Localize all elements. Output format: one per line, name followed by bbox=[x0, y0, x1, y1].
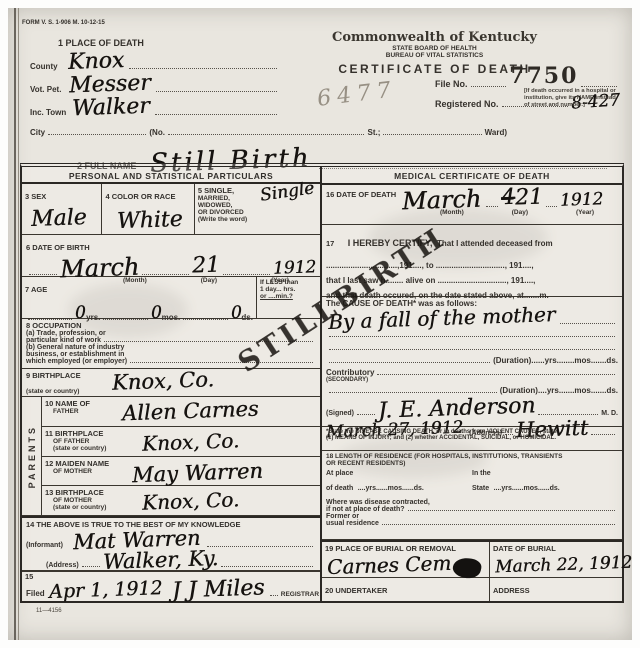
right-column-header: MEDICAL CERTIFICATE OF DEATH bbox=[322, 167, 622, 185]
dod-month: March bbox=[402, 186, 482, 213]
item-17-number: 17 bbox=[326, 239, 334, 248]
dotted-line bbox=[29, 273, 57, 275]
sex-cell: 3 SEX Male bbox=[22, 184, 102, 234]
filed-label: Filed bbox=[26, 589, 45, 598]
contributory-label: Contributory bbox=[326, 368, 374, 377]
burial-date-value: March 22, 1912 bbox=[495, 554, 633, 576]
commonwealth-title: Commonwealth of Kentucky bbox=[317, 30, 552, 45]
undertaker-address-label: ADDRESS bbox=[493, 586, 530, 595]
parents-label: PARENTS bbox=[27, 425, 37, 488]
race-cell: 4 COLOR OR RACE White bbox=[102, 184, 194, 234]
dotted-line bbox=[408, 509, 615, 511]
certificate-paper: FORM V. S. 1-906 M. 10-12-15 Commonwealt… bbox=[8, 8, 632, 640]
contracted-residence-section: Where was disease contracted, if not at … bbox=[322, 497, 622, 540]
certificate-grid: PERSONAL AND STATISTICAL PARTICULARS 3 S… bbox=[20, 163, 624, 603]
residence-section: 18 LENGTH OF RESIDENCE (FOR HOSPITALS, I… bbox=[322, 451, 622, 497]
state-board-line: STATE BOARD OF HEALTH bbox=[317, 45, 552, 52]
registrar-signature: J J Miles bbox=[172, 578, 265, 603]
undertaker-label: 20 UNDERTAKER bbox=[325, 586, 387, 595]
medical-certificate-column: MEDICAL CERTIFICATE OF DEATH 16 DATE OF … bbox=[322, 167, 622, 601]
undertaker-address-cell: ADDRESS bbox=[490, 578, 622, 601]
burial-row: 19 PLACE OF BURIAL OR REMOVAL Carnes Cem… bbox=[322, 540, 622, 578]
cause-of-death-section: The CAUSE OF DEATH* was as follows: By a… bbox=[322, 297, 622, 427]
left-column-header: PERSONAL AND STATISTICAL PARTICULARS bbox=[22, 167, 320, 184]
dotted-line bbox=[377, 373, 615, 375]
in-state-units: ....yrs......mos......ds. bbox=[494, 485, 560, 492]
dotted-line bbox=[329, 361, 490, 363]
filed-date-value: Apr 1, 1912 bbox=[48, 579, 162, 602]
header: FORM V. S. 1-906 M. 10-12-15 Commonwealt… bbox=[22, 20, 622, 170]
pencil-number: 6477 bbox=[316, 77, 398, 112]
dotted-line bbox=[329, 391, 497, 393]
sex-race-marital-row: 3 SEX Male 4 COLOR OR RACE White 5 SINGL… bbox=[22, 184, 320, 235]
vot-pet-label: Vot. Pet. bbox=[30, 85, 61, 94]
marital-label-3: WIDOWED, bbox=[198, 202, 317, 209]
age-cell: 7 AGE 0 yrs. 0 mos. 0 ds. bbox=[22, 277, 256, 318]
in-state-cell: In the State ....yrs......mos......ds. bbox=[472, 470, 618, 495]
father-bp-value: Knox, Co. bbox=[142, 430, 240, 453]
date-of-birth-row: 6 DATE OF BIRTH March 21 1912 (Month) (D… bbox=[22, 235, 320, 277]
scan-edge-line bbox=[14, 8, 19, 640]
duration-label: (Duration) bbox=[493, 356, 531, 365]
burial-date-cell: DATE OF BURIAL March 22, 1912 bbox=[490, 542, 622, 577]
dotted-line bbox=[155, 113, 277, 115]
in-state-1: In the bbox=[472, 470, 618, 477]
dod-struck-day: 4 bbox=[500, 186, 515, 208]
burial-place-value: Carnes Cem bbox=[327, 553, 452, 577]
inc-town-label: Inc. Town bbox=[30, 108, 66, 117]
mother-birthplace-row: 13 BIRTHPLACE OF MOTHER (state or countr… bbox=[42, 486, 320, 515]
dotted-line bbox=[383, 133, 481, 135]
former-1: Former or bbox=[326, 513, 618, 520]
registrar-label: REGISTRAR bbox=[281, 591, 319, 598]
birthplace-row: 9 BIRTHPLACE (state or country) Knox, Co… bbox=[22, 369, 320, 397]
registered-no-label: Registered No. bbox=[435, 99, 499, 109]
duration-units: ......yrs........mos.......ds. bbox=[531, 356, 618, 365]
burial-date-label: DATE OF BURIAL bbox=[493, 544, 619, 553]
mother-name-row: 12 MAIDEN NAME OF MOTHER May Warren bbox=[42, 457, 320, 487]
race-value: White bbox=[117, 209, 183, 233]
race-label: 4 COLOR OR RACE bbox=[105, 192, 175, 201]
undertaker-cell: 20 UNDERTAKER bbox=[322, 578, 490, 601]
county-label: County bbox=[30, 62, 58, 71]
father-birthplace-row: 11 BIRTHPLACE OF FATHER (state or countr… bbox=[42, 427, 320, 457]
md-label: M. D. bbox=[601, 410, 618, 417]
dob-year: 1912 bbox=[272, 260, 316, 278]
less-note-1: If LESS than bbox=[260, 279, 317, 286]
dob-label: 6 DATE OF BIRTH bbox=[26, 243, 90, 252]
certify-text-1: That I attended deceased from bbox=[437, 239, 553, 248]
form-number: FORM V. S. 1-906 M. 10-12-15 bbox=[22, 20, 622, 26]
sex-value: Male bbox=[31, 208, 87, 232]
dotted-line bbox=[168, 133, 365, 135]
contracted-2: if not at place of death? bbox=[326, 506, 405, 513]
dotted-line bbox=[223, 273, 270, 275]
dotted-line bbox=[329, 348, 615, 350]
dotted-line bbox=[546, 205, 557, 207]
father-name-row: 10 NAME OF FATHER Allen Carnes bbox=[42, 397, 320, 427]
city-line: City (No. St.; Ward) bbox=[30, 128, 507, 137]
age-row: 7 AGE 0 yrs. 0 mos. 0 ds. If LESS than bbox=[22, 277, 320, 319]
occupation-a2: particular kind of work bbox=[26, 337, 101, 344]
duration-2-units: ....yrs.......mos.......ds. bbox=[538, 386, 618, 395]
dod-day: 21 bbox=[514, 186, 543, 209]
sex-label: 3 SEX bbox=[25, 192, 46, 201]
marital-label-4: OR DIVORCED bbox=[198, 209, 317, 216]
city-ward-label: Ward) bbox=[485, 128, 507, 137]
place-of-death-block: 1 PLACE OF DEATH County Knox Vot. Pet. M… bbox=[30, 38, 280, 117]
inc-town-value: Walker bbox=[72, 96, 150, 121]
at-place-units: ....yrs......mos......ds. bbox=[358, 485, 424, 492]
dotted-line bbox=[357, 413, 375, 415]
county-value: Knox bbox=[67, 50, 124, 74]
dotted-line bbox=[538, 413, 598, 415]
informant-address-value: Walker, Ky. bbox=[103, 548, 219, 573]
dotted-line bbox=[130, 361, 313, 363]
former-2: usual residence bbox=[326, 520, 379, 527]
dotted-line bbox=[560, 322, 615, 324]
occupation-b3: which employed (or employer) bbox=[26, 358, 127, 365]
dotted-line bbox=[82, 565, 100, 567]
date-of-death-row: 16 DATE OF DEATH March 4 21 1912 (Month)… bbox=[322, 185, 622, 226]
dotted-line bbox=[48, 133, 146, 135]
bureau-line: BUREAU OF VITAL STATISTICS bbox=[317, 52, 552, 59]
file-no-label: File No. bbox=[435, 79, 468, 89]
at-place-cell: At place of death ....yrs......mos......… bbox=[326, 470, 472, 495]
mother-value: May Warren bbox=[132, 461, 264, 487]
dotted-line bbox=[471, 85, 507, 87]
informant-label: (Informant) bbox=[26, 542, 63, 549]
at-place-2: of death bbox=[326, 485, 353, 492]
dod-label: 16 DATE OF DEATH bbox=[326, 190, 396, 199]
burial-place-cell: 19 PLACE OF BURIAL OR REMOVAL Carnes Cem bbox=[322, 542, 490, 577]
less-note-2: 1 day... hrs. bbox=[260, 286, 317, 293]
dotted-line bbox=[156, 90, 277, 92]
ink-blot bbox=[451, 555, 483, 580]
contracted-1: Where was disease contracted, bbox=[326, 499, 618, 506]
parents-section: PARENTS 10 NAME OF FATHER Allen Carnes 1… bbox=[22, 397, 320, 516]
dotted-line bbox=[207, 545, 313, 547]
dotted-line bbox=[129, 67, 277, 69]
footnote-2: (1) MEANS OF INJURY; and (2) whether ACC… bbox=[326, 435, 618, 441]
dotted-line bbox=[382, 523, 615, 525]
dotted-line bbox=[221, 565, 313, 567]
scanned-death-certificate: FORM V. S. 1-906 M. 10-12-15 Commonwealt… bbox=[0, 0, 640, 648]
signed-label: (Signed) bbox=[326, 410, 354, 417]
personal-particulars-column: PERSONAL AND STATISTICAL PARTICULARS 3 S… bbox=[22, 167, 322, 601]
informant-section: 14 THE ABOVE IS TRUE TO THE BEST OF MY K… bbox=[22, 516, 320, 572]
residence-label-2: OR RECENT RESIDENTS) bbox=[326, 460, 618, 467]
footnote-section: *State the DISEASE CAUSING DEATH, or in … bbox=[322, 427, 622, 450]
dotted-line bbox=[329, 335, 615, 337]
less-note-3: or ....min.? bbox=[260, 293, 317, 300]
file-no-value: 7750 bbox=[509, 63, 578, 89]
parents-vertical-strip: PARENTS bbox=[22, 397, 42, 515]
place-of-death-label: 1 PLACE OF DEATH bbox=[58, 38, 280, 48]
dob-day: 21 bbox=[192, 255, 221, 278]
city-no-label: (No. bbox=[149, 128, 165, 137]
undertaker-row: 20 UNDERTAKER ADDRESS bbox=[322, 578, 622, 601]
dotted-line bbox=[581, 85, 617, 87]
at-place-1: At place bbox=[326, 470, 472, 477]
dotted-line bbox=[142, 273, 189, 275]
item-15-number: 15 bbox=[25, 572, 33, 581]
birthplace-sublabel: (state or country) bbox=[26, 388, 79, 395]
print-code: 11—4156 bbox=[36, 608, 62, 614]
mother-bp-value: Knox, Co. bbox=[142, 490, 240, 513]
marital-label-5: (Write the word) bbox=[198, 216, 317, 223]
in-state-2: State bbox=[472, 485, 489, 492]
city-label: City bbox=[30, 128, 45, 137]
dod-year: 1912 bbox=[560, 191, 604, 209]
dotted-line bbox=[486, 205, 497, 207]
father-value: Allen Carnes bbox=[122, 399, 259, 425]
filed-row: 15 Filed Apr 1, 1912 J J Miles REGISTRAR bbox=[22, 572, 320, 601]
age-label: 7 AGE bbox=[25, 285, 47, 294]
city-st-label: St.; bbox=[367, 128, 380, 137]
residence-label: 18 LENGTH OF RESIDENCE (FOR HOSPITALS, I… bbox=[326, 453, 618, 460]
marital-cell: 5 SINGLE, MARRIED, WIDOWED, OR DIVORCED … bbox=[195, 184, 320, 234]
birthplace-value: Knox, Co. bbox=[112, 370, 215, 395]
informant-address-label: (Address) bbox=[46, 562, 79, 569]
dotted-line bbox=[270, 594, 278, 596]
institution-note: [If death occurred in a hospital or inst… bbox=[524, 88, 622, 110]
